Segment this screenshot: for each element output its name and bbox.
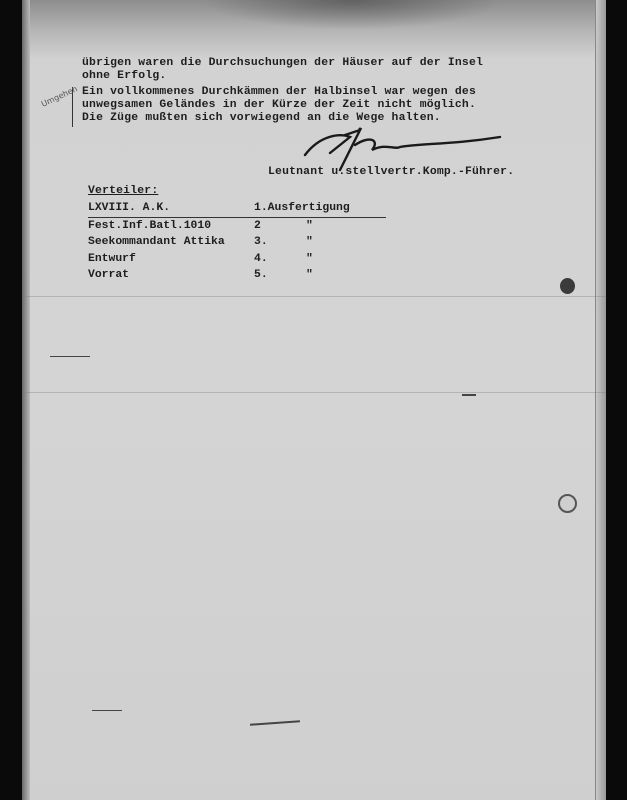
copy-number: 5.	[254, 267, 306, 284]
ditto-mark: "	[306, 251, 386, 268]
scan-mark	[250, 720, 300, 725]
recipient: Fest.Inf.Batl.1010	[88, 217, 254, 234]
ditto-mark: "	[306, 217, 386, 234]
signature-title: Leutnant u.stellvertr.Komp.-Führer.	[268, 166, 514, 179]
distribution-table: LXVIII. A.K. 1.Ausfertigung Fest.Inf.Bat…	[88, 200, 386, 284]
text-line: übrigen waren die Durchsuchungen der Häu…	[82, 57, 483, 70]
recipient: Entwurf	[88, 251, 254, 268]
punch-hole	[558, 494, 577, 513]
distribution-row: Vorrat 5. "	[88, 267, 386, 284]
fold-line	[22, 296, 606, 297]
scan-mark	[462, 394, 476, 396]
scan-shadow	[202, 0, 502, 30]
text-line: Die Züge mußten sich vorwiegend an die W…	[82, 112, 476, 125]
text-line: unwegsamen Geländes in der Kürze der Zei…	[82, 99, 476, 112]
distribution-title: Verteiler:	[88, 185, 158, 198]
distribution-row: LXVIII. A.K. 1.Ausfertigung	[88, 200, 386, 217]
text-line: ohne Erfolg.	[82, 70, 483, 83]
distribution-row: Entwurf 4. "	[88, 251, 386, 268]
fold-line	[22, 392, 606, 393]
punch-hole	[560, 278, 575, 294]
distribution-row: Seekommandant Attika 3. "	[88, 234, 386, 251]
copy-number: 2	[254, 217, 306, 234]
page-left-edge	[22, 0, 30, 800]
recipient: Seekommandant Attika	[88, 234, 254, 251]
ditto-mark: "	[306, 234, 386, 251]
recipient: LXVIII. A.K.	[88, 200, 254, 217]
document-page: Umgehen übrigen waren die Durchsuchungen…	[22, 0, 606, 800]
distribution-row: Fest.Inf.Batl.1010 2 "	[88, 217, 386, 234]
text-line: Ein vollkommenes Durchkämmen der Halbins…	[82, 86, 476, 99]
recipient: Vorrat	[88, 267, 254, 284]
ditto-mark: "	[306, 267, 386, 284]
copy-number: 1.Ausfertigung	[254, 200, 386, 217]
scan-mark	[50, 356, 90, 357]
copy-number: 4.	[254, 251, 306, 268]
scan-mark	[92, 710, 122, 711]
paragraph-1: übrigen waren die Durchsuchungen der Häu…	[82, 57, 483, 83]
paragraph-2: Ein vollkommenes Durchkämmen der Halbins…	[82, 86, 476, 124]
copy-number: 3.	[254, 234, 306, 251]
page-right-edge	[595, 0, 606, 800]
